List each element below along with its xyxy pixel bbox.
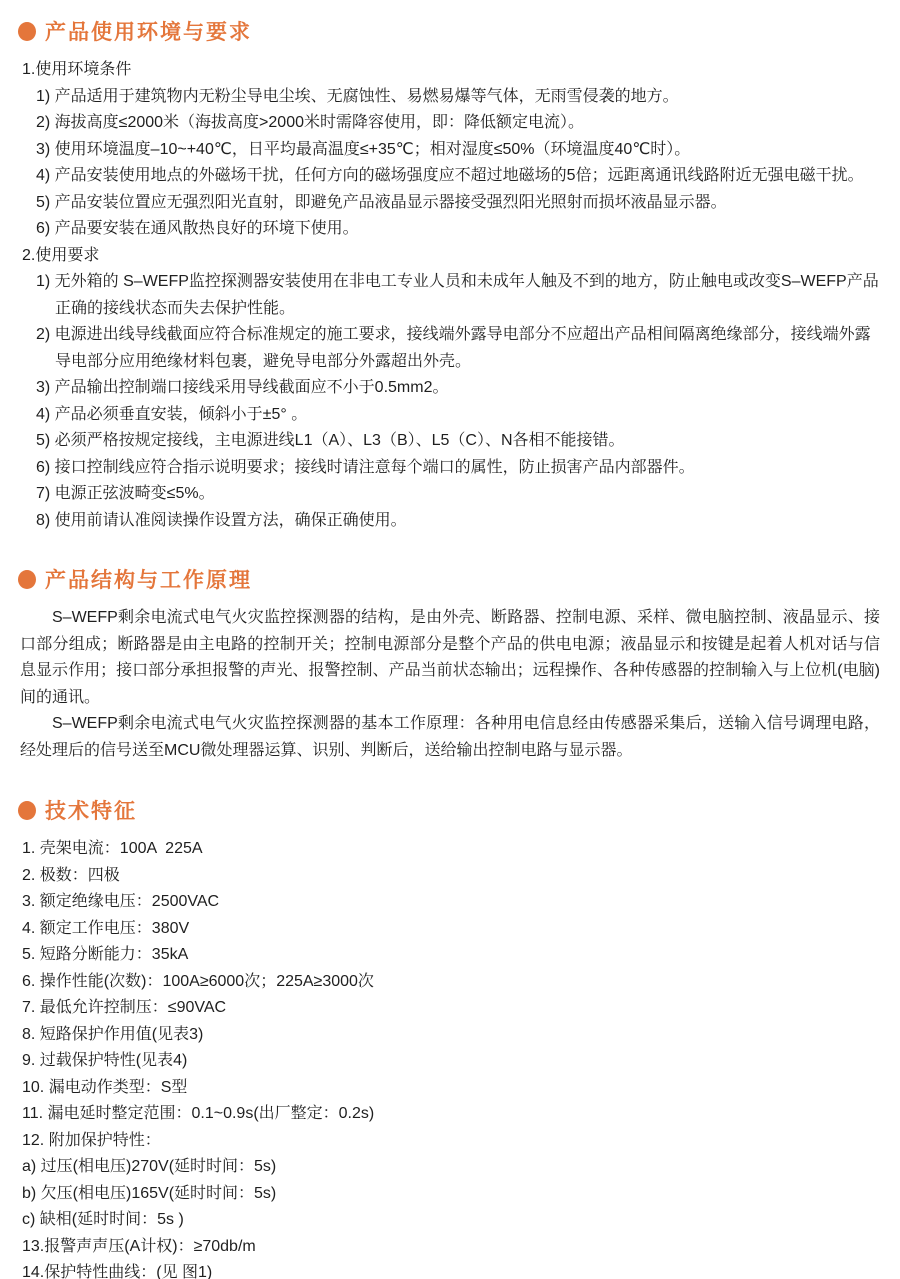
text-line: 2.使用要求 [0, 243, 900, 270]
section-title: 技术特征 [45, 795, 137, 825]
text-line: 9. 过载保护特性(见表4) [0, 1048, 900, 1075]
text-line: 5) 产品安装位置应无强烈阳光直射，即避免产品液晶显示器接受强烈阳光照射而损坏液… [0, 190, 900, 217]
text-line: 13.报警声声压(A计权)：≥70db/m [0, 1234, 900, 1261]
text-line: 5. 短路分断能力：35kA [0, 942, 900, 969]
text-line: 11. 漏电延时整定范围：0.1~0.9s(出厂整定：0.2s) [0, 1101, 900, 1128]
section-structure-principle: 产品结构与工作原理 S–WEFP剩余电流式电气火灾监控探测器的结构，是由外壳、断… [0, 564, 900, 764]
text-line: 1.使用环境条件 [0, 57, 900, 84]
section-content: 1. 壳架电流：100A 225A2. 极数：四极3. 额定绝缘电压：2500V… [0, 836, 900, 1279]
paragraph: S–WEFP剩余电流式电气火灾监控探测器的结构，是由外壳、断路器、控制电源、采样… [0, 605, 900, 711]
text-line: 12. 附加保护特性： [0, 1128, 900, 1155]
text-line: 6) 产品要安装在通风散热良好的环境下使用。 [0, 216, 900, 243]
text-line: 4. 额定工作电压：380V [0, 916, 900, 943]
text-line: 1. 壳架电流：100A 225A [0, 836, 900, 863]
orange-bullet-icon [18, 570, 36, 589]
text-line: 10. 漏电动作类型：S型 [0, 1075, 900, 1102]
text-line: 3) 使用环境温度–10~+40℃，日平均最高温度≤+35℃；相对湿度≤50%（… [0, 137, 900, 164]
text-line: 7) 电源正弦波畸变≤5%。 [0, 481, 900, 508]
section-title: 产品使用环境与要求 [45, 16, 252, 46]
paragraph: S–WEFP剩余电流式电气火灾监控探测器的基本工作原理：各种用电信息经由传感器采… [0, 711, 900, 764]
orange-bullet-icon [18, 801, 36, 820]
text-line: 1) 无外箱的 S–WEFP监控探测器安装使用在非电工专业人员和未成年人触及不到… [0, 269, 900, 322]
text-line: 7. 最低允许控制压：≤90VAC [0, 995, 900, 1022]
text-line: 2. 极数：四极 [0, 863, 900, 890]
text-line: 3. 额定绝缘电压：2500VAC [0, 889, 900, 916]
section-usage-environment: 产品使用环境与要求 1.使用环境条件1) 产品适用于建筑物内无粉尘导电尘埃、无腐… [0, 16, 900, 534]
text-line: 14.保护特性曲线：(见 图1) [0, 1260, 900, 1279]
text-line: a) 过压(相电压)270V(延时时间：5s) [0, 1154, 900, 1181]
section-heading: 技术特征 [0, 795, 900, 825]
section-content: S–WEFP剩余电流式电气火灾监控探测器的结构，是由外壳、断路器、控制电源、采样… [0, 605, 900, 764]
section-technical-features: 技术特征 1. 壳架电流：100A 225A2. 极数：四极3. 额定绝缘电压：… [0, 795, 900, 1279]
document-page: 产品使用环境与要求 1.使用环境条件1) 产品适用于建筑物内无粉尘导电尘埃、无腐… [0, 0, 900, 1279]
text-line: b) 欠压(相电压)165V(延时时间：5s) [0, 1181, 900, 1208]
section-heading: 产品使用环境与要求 [0, 16, 900, 46]
text-line: 4) 产品安装使用地点的外磁场干扰，任何方向的磁场强度应不超过地磁场的5倍；远距… [0, 163, 900, 190]
orange-bullet-icon [18, 22, 36, 41]
text-line: 8) 使用前请认准阅读操作设置方法，确保正确使用。 [0, 508, 900, 535]
text-line: 2) 电源进出线导线截面应符合标准规定的施工要求，接线端外露导电部分不应超出产品… [0, 322, 900, 375]
section-content: 1.使用环境条件1) 产品适用于建筑物内无粉尘导电尘埃、无腐蚀性、易燃易爆等气体… [0, 57, 900, 534]
text-line: 6. 操作性能(次数)：100A≥6000次；225A≥3000次 [0, 969, 900, 996]
section-title: 产品结构与工作原理 [45, 564, 252, 594]
text-line: 3) 产品输出控制端口接线采用导线截面应不小于0.5mm2。 [0, 375, 900, 402]
text-line: 2) 海拔高度≤2000米（海拔高度>2000米时需降容使用，即：降低额定电流）… [0, 110, 900, 137]
text-line: 4) 产品必须垂直安装，倾斜小于±5° 。 [0, 402, 900, 429]
text-line: 5) 必须严格按规定接线，主电源进线L1（A）、L3（B）、L5（C）、N各相不… [0, 428, 900, 455]
section-heading: 产品结构与工作原理 [0, 564, 900, 594]
text-line: 6) 接口控制线应符合指示说明要求；接线时请注意每个端口的属性，防止损害产品内部… [0, 455, 900, 482]
text-line: c) 缺相(延时时间：5s ) [0, 1207, 900, 1234]
text-line: 1) 产品适用于建筑物内无粉尘导电尘埃、无腐蚀性、易燃易爆等气体，无雨雪侵袭的地… [0, 84, 900, 111]
text-line: 8. 短路保护作用值(见表3) [0, 1022, 900, 1049]
